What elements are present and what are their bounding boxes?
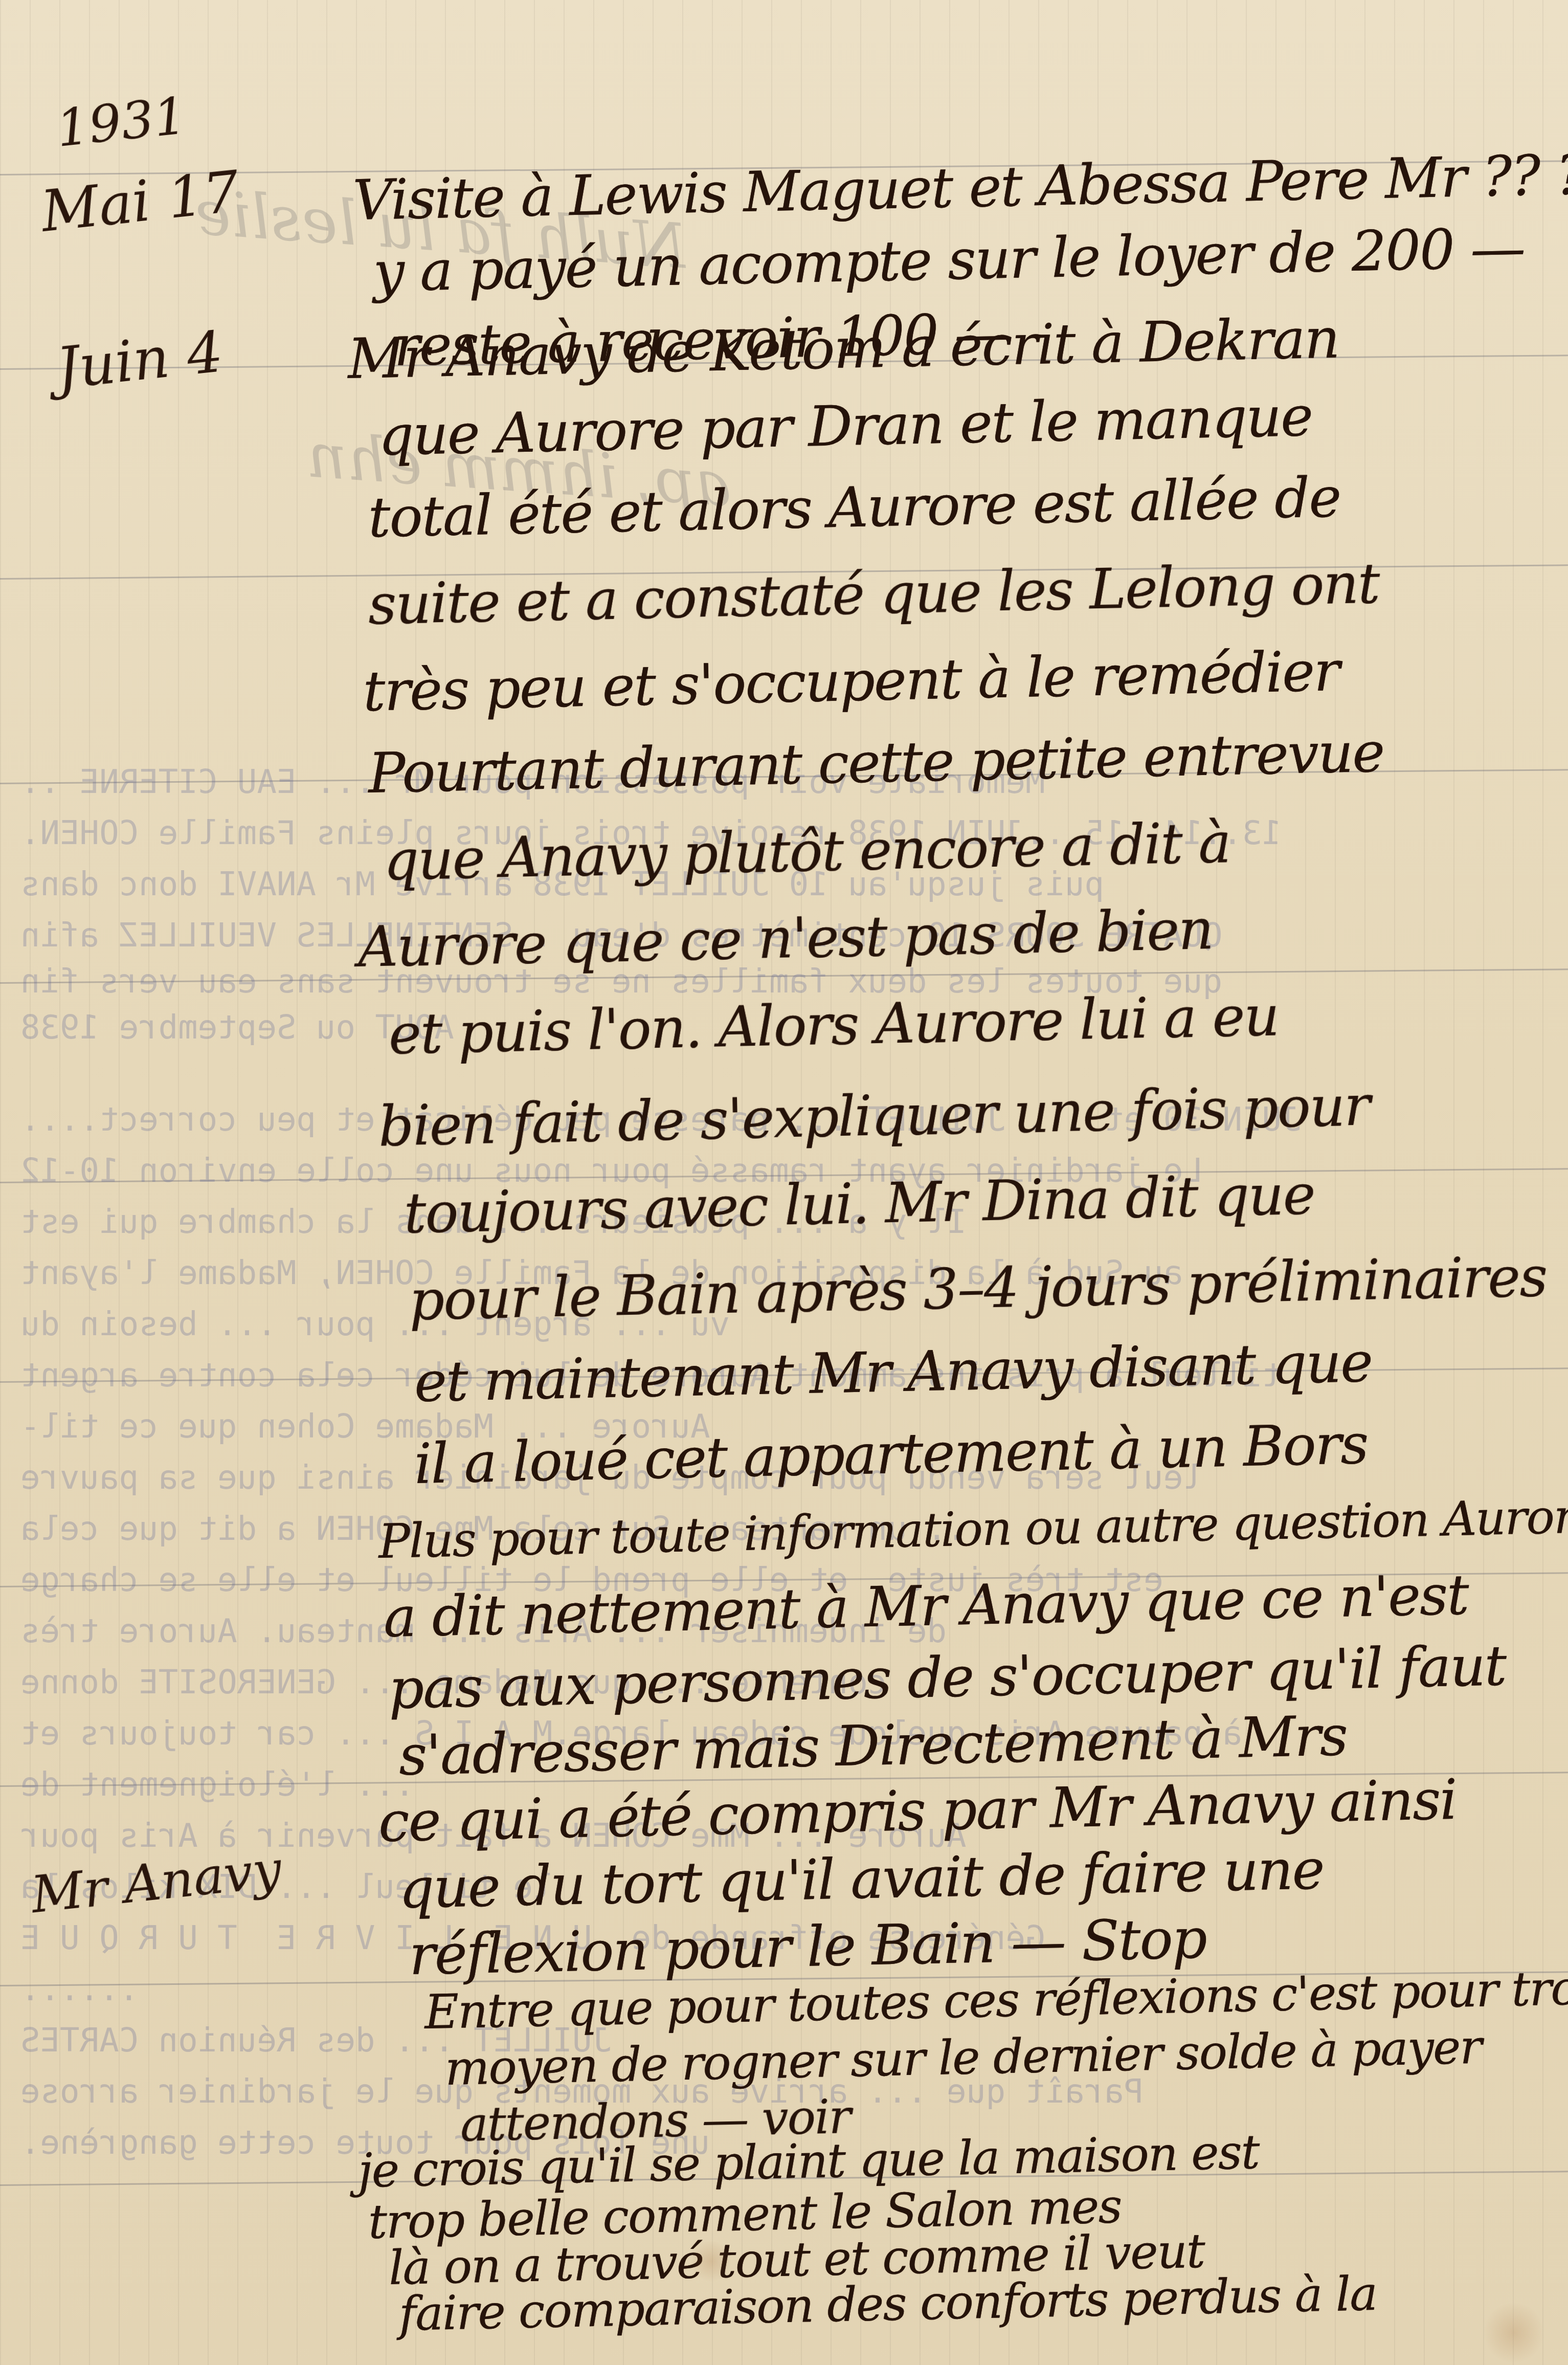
paper-sheet: Nulh fa lu leslie ap, ihmm ehn Memoriale…	[0, 0, 1568, 2365]
paper-stain	[690, 2241, 731, 2282]
paper-stain	[1483, 2302, 1544, 2363]
